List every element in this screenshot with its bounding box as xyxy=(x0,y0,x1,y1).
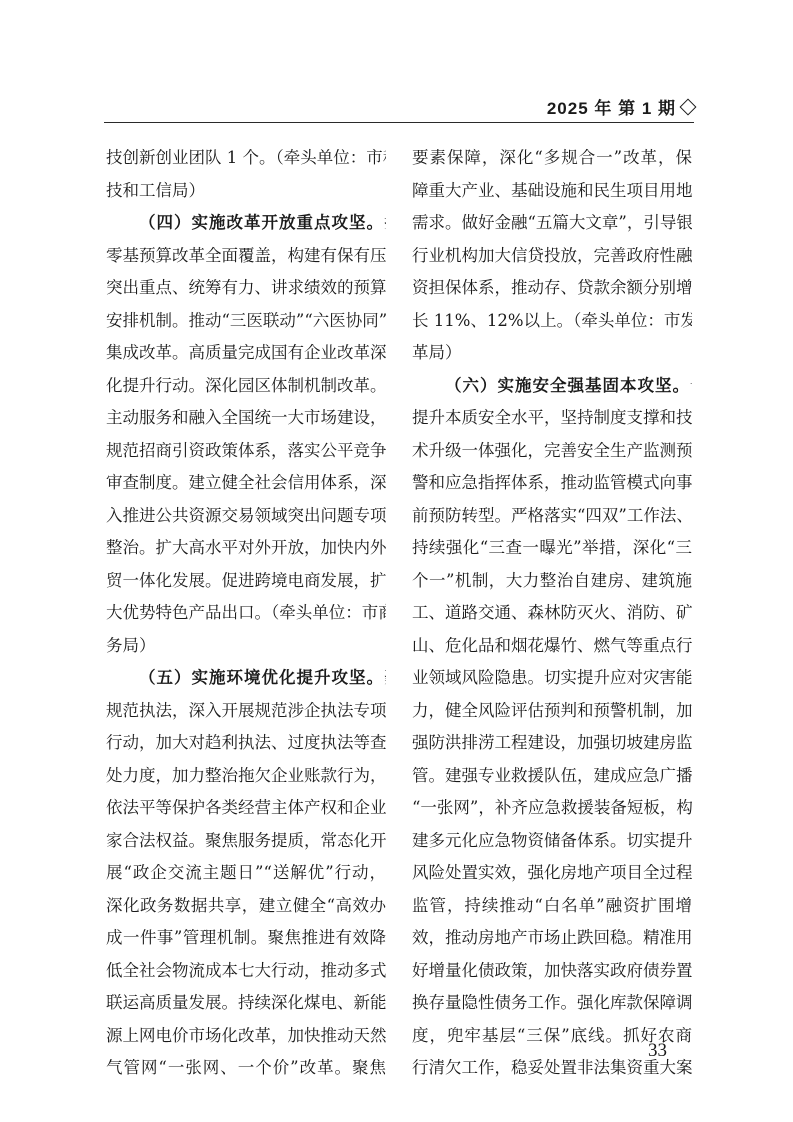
text-line: 成一件事”管理机制。聚焦推进有效降 xyxy=(106,922,386,955)
text-line: 源上网电价市场化改革，加快推动天然 xyxy=(106,1020,386,1053)
heading-tail-text: 聚焦 xyxy=(384,668,386,687)
text-line: 换存量隐性债务工作。强化库款保障调 xyxy=(412,987,692,1020)
text-line: 依法平等保护各类经营主体产权和企业 xyxy=(106,792,386,825)
page-number: 33 xyxy=(648,1040,667,1062)
text-line: 低全社会物流成本七大行动，推动多式 xyxy=(106,955,386,988)
text-line: 风险处置实效，强化房地产项目全过程 xyxy=(412,857,692,890)
text-line: 提升本质安全水平，坚持制度支撑和技 xyxy=(412,402,692,435)
text-line: 主动服务和融入全国统一大市场建设， xyxy=(106,402,386,435)
text-line: 入推进公共资源交易领域突出问题专项 xyxy=(106,500,386,533)
text-line: 建多元化应急物资储备体系。切实提升 xyxy=(412,825,692,858)
text-line: 术升级一体强化，完善安全生产监测预 xyxy=(412,435,692,468)
text-line: 工、道路交通、森林防灭火、消防、矿 xyxy=(412,597,692,630)
text-line: 需求。做好金融“五篇大文章”，引导银 xyxy=(412,207,692,240)
text-line: 家合法权益。聚焦服务提质，常态化开 xyxy=(106,825,386,858)
heading-tail-text: 切实 xyxy=(690,376,692,395)
text-line: 山、危化品和烟花爆竹、燃气等重点行 xyxy=(412,630,692,663)
text-line: 深化政务数据共享，建立健全“高效办 xyxy=(106,890,386,923)
text-line: 障重大产业、基础设施和民生项目用地 xyxy=(412,175,692,208)
text-line: 审查制度。建立健全社会信用体系，深 xyxy=(106,467,386,500)
text-line: 业领域风险隐患。切实提升应对灾害能 xyxy=(412,662,692,695)
text-line: 规范招商引资政策体系，落实公平竞争 xyxy=(106,435,386,468)
text-line: 处力度，加力整治拖欠企业账款行为， xyxy=(106,760,386,793)
text-line: 强防洪排涝工程建设，加强切坡建房监 xyxy=(412,727,692,760)
text-line: 展“政企交流主题日”“送解优”行动， xyxy=(106,857,386,890)
text-line: 零基预算改革全面覆盖，构建有保有压、 xyxy=(106,240,386,273)
issue-label: 2025 年 第 1 期 xyxy=(547,94,694,119)
text-line: 资担保体系，推动存、贷款余额分别增 xyxy=(412,272,692,305)
text-line: 贸一体化发展。促进跨境电商发展，扩 xyxy=(106,565,386,598)
text-line: 规范执法，深入开展规范涉企执法专项 xyxy=(106,695,386,728)
text-line: 持续强化“三查一曝光”举措，深化“三 xyxy=(412,532,692,565)
left-column: 技创新创业团队 1 个。（牵头单位：市科 技和工信局） （四）实施改革开放重点攻… xyxy=(106,142,386,1085)
text-line: 务局） xyxy=(106,630,386,663)
text-line: 要素保障，深化“多规合一”改革，保 xyxy=(412,142,692,175)
page-header: 2025 年 第 1 期 xyxy=(104,92,694,123)
text-line: 安排机制。推动“三医联动”“六医协同” xyxy=(106,305,386,338)
text-line: 行业机构加大信贷投放，完善政府性融 xyxy=(412,240,692,273)
text-line: 行动，加大对趋利执法、过度执法等查 xyxy=(106,727,386,760)
text-line: 革局） xyxy=(412,337,692,370)
text-line: 力，健全风险评估预判和预警机制，加 xyxy=(412,695,692,728)
text-line: 大优势特色产品出口。（牵头单位：市商 xyxy=(106,597,386,630)
section-heading-line: （五）实施环境优化提升攻坚。聚焦 xyxy=(106,662,386,695)
text-line: 前预防转型。严格落实“四双”工作法、 xyxy=(412,500,692,533)
text-line: 气管网“一张网、一个价”改革。聚焦 xyxy=(106,1052,386,1085)
text-line: 警和应急指挥体系，推动监管模式向事 xyxy=(412,467,692,500)
text-line: 技创新创业团队 1 个。（牵头单位：市科 xyxy=(106,142,386,175)
text-line: 技和工信局） xyxy=(106,175,386,208)
issue-text: 2025 年 第 1 期 xyxy=(547,99,676,118)
section-heading-line: （六）实施安全强基固本攻坚。切实 xyxy=(412,370,692,403)
diamond-outline-icon xyxy=(680,99,697,116)
text-line: “一张网”，补齐应急救援装备短板，构 xyxy=(412,792,692,825)
text-line: 突出重点、统筹有力、讲求绩效的预算 xyxy=(106,272,386,305)
text-line: 个一”机制，大力整治自建房、建筑施 xyxy=(412,565,692,598)
text-line: 监管，持续推动“白名单”融资扩围增 xyxy=(412,890,692,923)
section-heading: （四）实施改革开放重点攻坚。 xyxy=(139,213,384,232)
text-line: 联运高质量发展。持续深化煤电、新能 xyxy=(106,987,386,1020)
text-line: 化提升行动。深化园区体制机制改革。 xyxy=(106,370,386,403)
text-line: 长 11%、12%以上。（牵头单位：市发展改 xyxy=(412,305,692,338)
text-line: 集成改革。高质量完成国有企业改革深 xyxy=(106,337,386,370)
text-line: 管。建强专业救援队伍，建成应急广播 xyxy=(412,760,692,793)
right-column: 要素保障，深化“多规合一”改革，保 障重大产业、基础设施和民生项目用地 需求。做… xyxy=(412,142,692,1085)
text-line: 效，推动房地产市场止跌回稳。精准用 xyxy=(412,922,692,955)
text-line: 整治。扩大高水平对外开放，加快内外 xyxy=(106,532,386,565)
section-heading: （六）实施安全强基固本攻坚。 xyxy=(445,376,690,395)
text-line: 好增量化债政策，加快落实政府债券置 xyxy=(412,955,692,988)
section-heading-line: （四）实施改革开放重点攻坚。推进 xyxy=(106,207,386,240)
heading-tail-text: 推进 xyxy=(384,213,386,232)
section-heading: （五）实施环境优化提升攻坚。 xyxy=(139,668,384,687)
